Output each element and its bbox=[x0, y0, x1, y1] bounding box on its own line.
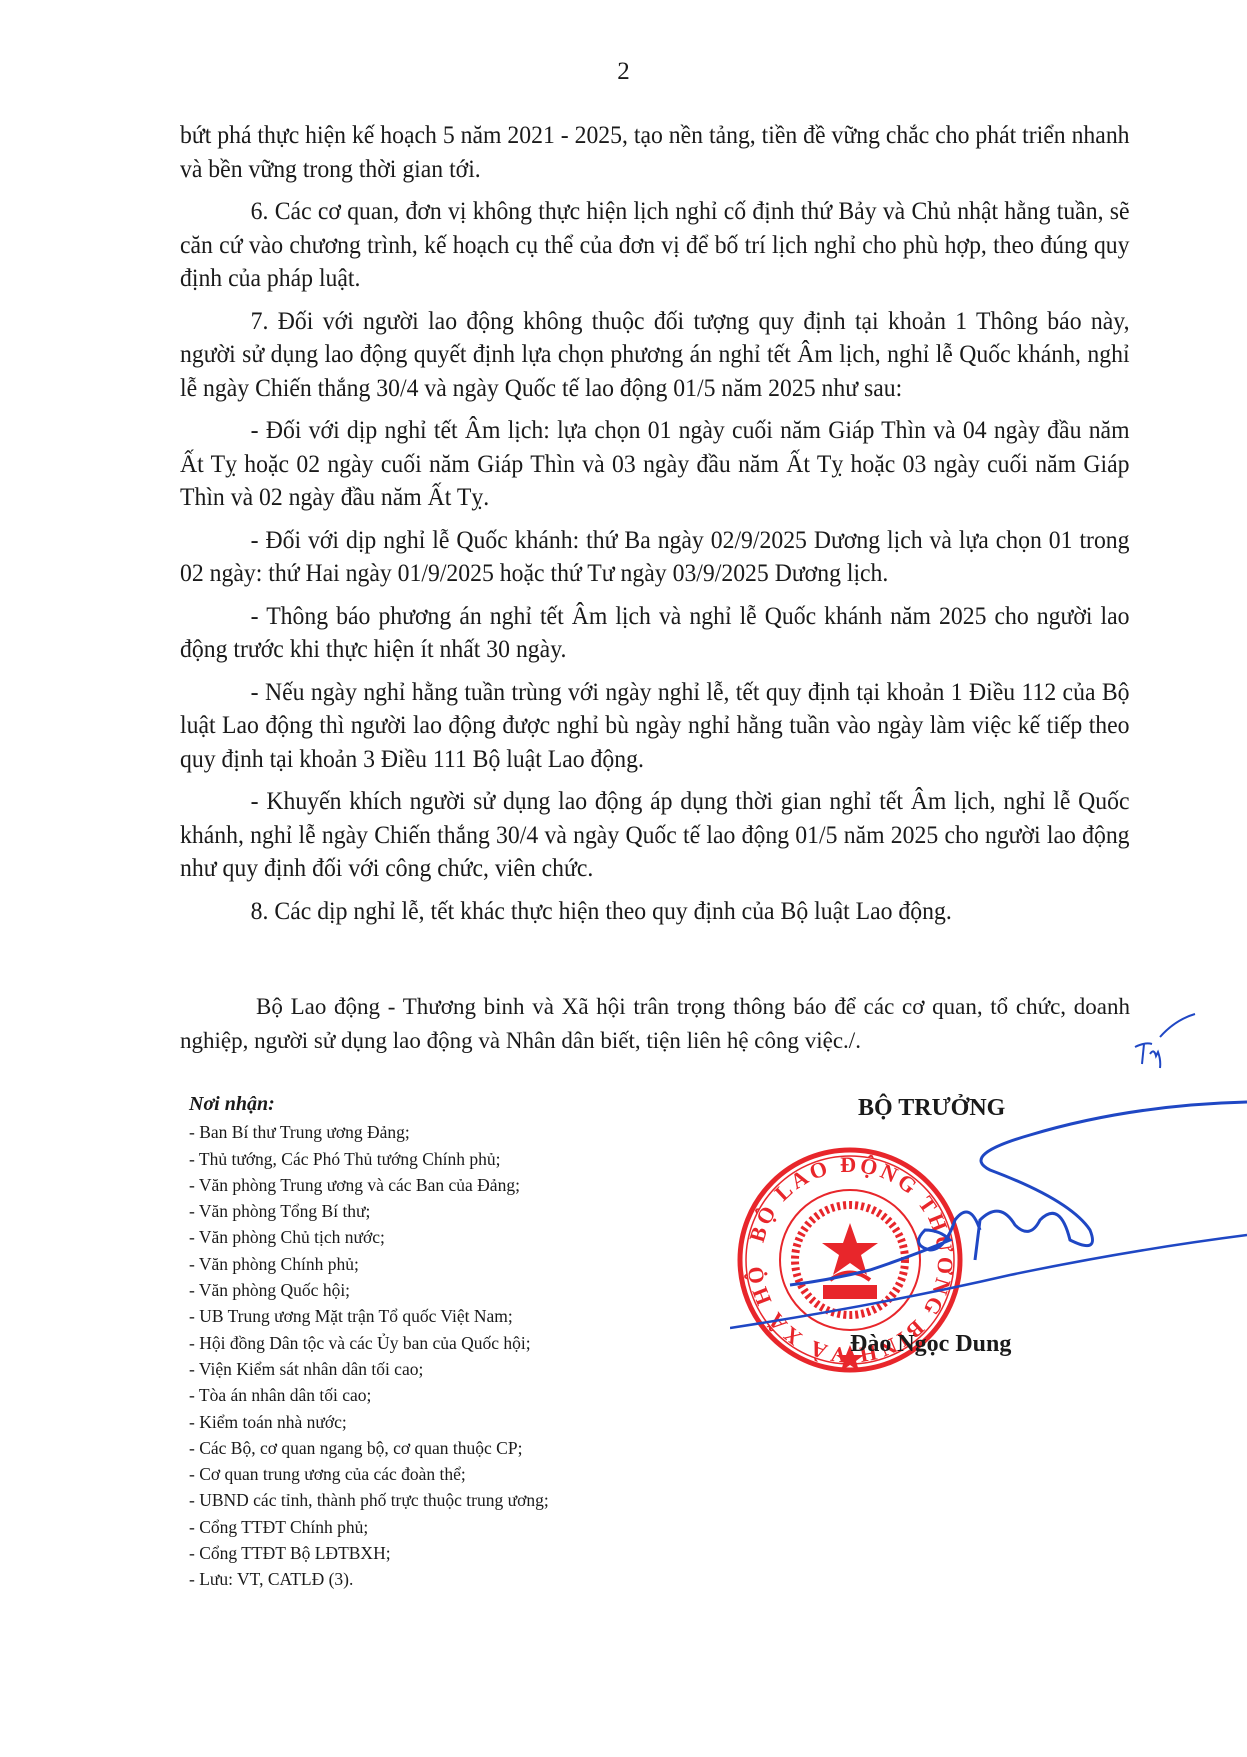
closing-paragraph: Bộ Lao động - Thương binh và Xã hội trân… bbox=[180, 990, 1130, 1058]
closing-text: Bộ Lao động - Thương binh và Xã hội trân… bbox=[180, 990, 1130, 1058]
recipient-item: - Tòa án nhân dân tối cao; bbox=[189, 1382, 549, 1408]
paragraph: 6. Các cơ quan, đơn vị không thực hiện l… bbox=[180, 194, 1130, 295]
recipient-item: - Các Bộ, cơ quan ngang bộ, cơ quan thuộ… bbox=[189, 1435, 549, 1461]
document-body: bứt phá thực hiện kế hoạch 5 năm 2021 - … bbox=[180, 118, 1130, 936]
paragraph: - Thông báo phương án nghỉ tết Âm lịch v… bbox=[180, 599, 1130, 666]
recipient-item: - Viện Kiểm sát nhân dân tối cao; bbox=[189, 1356, 549, 1382]
initial-mark-icon bbox=[1130, 1012, 1200, 1072]
recipient-item: - Thủ tướng, Các Phó Thủ tướng Chính phủ… bbox=[189, 1146, 549, 1172]
paragraph: - Nếu ngày nghỉ hằng tuần trùng với ngày… bbox=[180, 675, 1130, 776]
paragraph: 8. Các dịp nghỉ lễ, tết khác thực hiện t… bbox=[180, 894, 1130, 928]
recipient-item: - Lưu: VT, CATLĐ (3). bbox=[189, 1566, 549, 1592]
paragraph: - Đối với dịp nghỉ tết Âm lịch: lựa chọn… bbox=[180, 413, 1130, 514]
recipient-item: - Cơ quan trung ương của các đoàn thể; bbox=[189, 1461, 549, 1487]
signatory-name: Đào Ngọc Dung bbox=[850, 1331, 1011, 1358]
recipient-item: - UBND các tỉnh, thành phố trực thuộc tr… bbox=[189, 1487, 549, 1513]
recipients-block: Nơi nhận: - Ban Bí thư Trung ương Đảng;-… bbox=[189, 1091, 549, 1593]
recipients-title: Nơi nhận: bbox=[189, 1091, 549, 1117]
recipient-item: - Cổng TTĐT Bộ LĐTBXH; bbox=[189, 1540, 549, 1566]
recipient-item: - Ban Bí thư Trung ương Đảng; bbox=[189, 1119, 549, 1145]
paragraph: - Đối với dịp nghỉ lễ Quốc khánh: thứ Ba… bbox=[180, 523, 1130, 590]
recipient-item: - Hội đồng Dân tộc và các Ủy ban của Quố… bbox=[189, 1330, 549, 1356]
recipient-item: - Văn phòng Trung ương và các Ban của Đả… bbox=[189, 1172, 549, 1198]
recipient-item: - Văn phòng Tổng Bí thư; bbox=[189, 1198, 549, 1224]
recipient-item: - Văn phòng Quốc hội; bbox=[189, 1277, 549, 1303]
recipient-item: - Văn phòng Chủ tịch nước; bbox=[189, 1224, 549, 1250]
paragraph: - Khuyến khích người sử dụng lao động áp… bbox=[180, 784, 1130, 885]
recipient-item: - UB Trung ương Mặt trận Tổ quốc Việt Na… bbox=[189, 1303, 549, 1329]
paragraph: bứt phá thực hiện kế hoạch 5 năm 2021 - … bbox=[180, 118, 1130, 185]
page-number: 2 bbox=[0, 58, 1247, 86]
recipient-item: - Văn phòng Chính phủ; bbox=[189, 1251, 549, 1277]
paragraph: 7. Đối với người lao động không thuộc đố… bbox=[180, 304, 1130, 405]
recipient-item: - Cổng TTĐT Chính phủ; bbox=[189, 1514, 549, 1540]
recipient-item: - Kiểm toán nhà nước; bbox=[189, 1409, 549, 1435]
